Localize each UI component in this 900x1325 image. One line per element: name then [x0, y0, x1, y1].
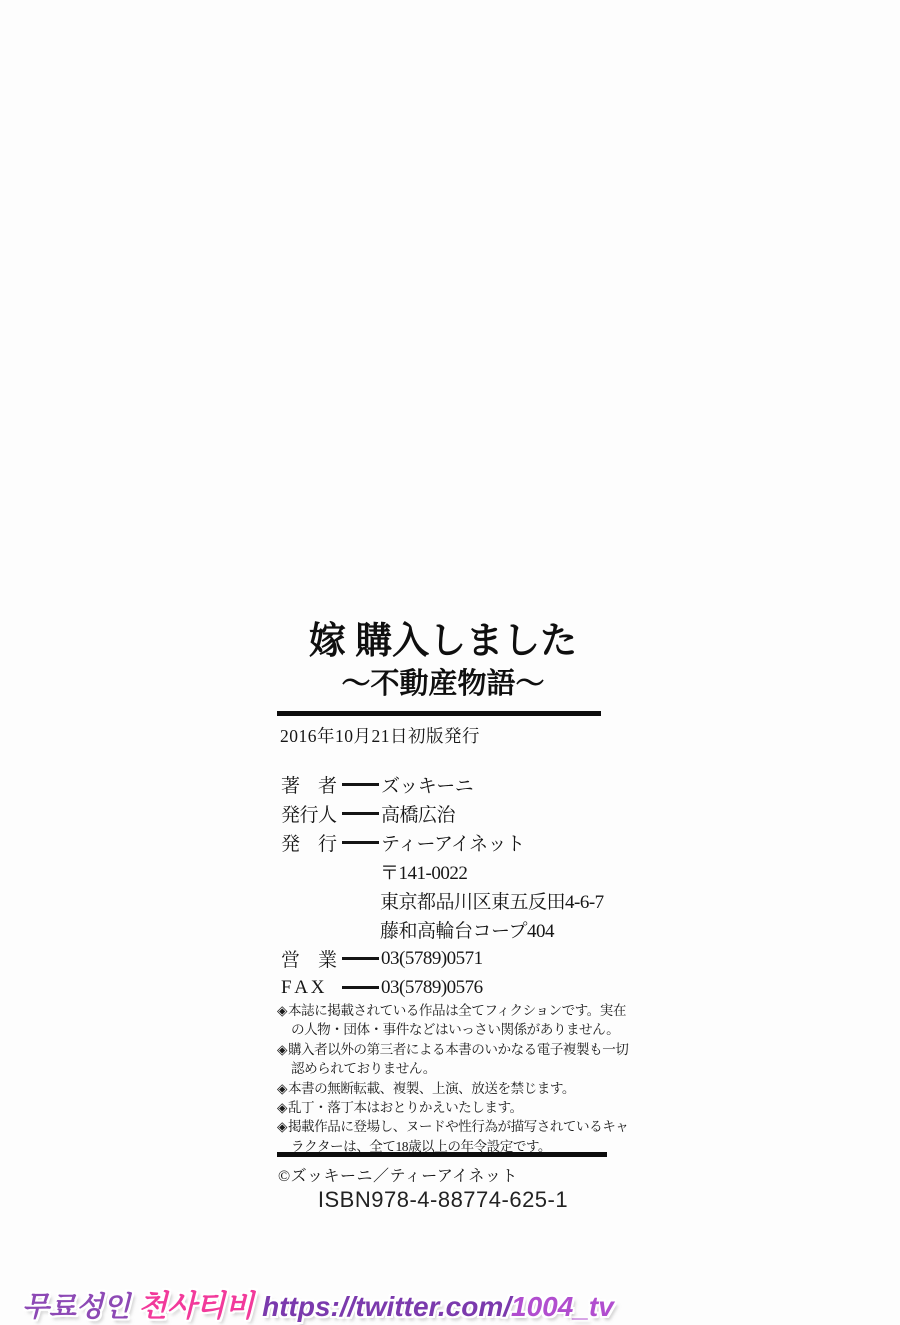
- notice-text: 本誌に掲載されている作品は全てフィクションです。実在の人物・団体・事件などはいっ…: [288, 1003, 626, 1037]
- notice-text: 乱丁・落丁本はおとりかえいたします。: [288, 1100, 523, 1115]
- row-publisher-person: 発行人 高橋広治: [281, 799, 604, 828]
- row-value: ズッキーニ: [381, 771, 473, 798]
- notice-text: 掲載作品に登場し、ヌードや性行為が描写されているキャラクターは、全て18歳以上の…: [288, 1119, 628, 1153]
- book-subtitle: ～不動産物語～: [277, 661, 609, 702]
- dash-connector: [342, 957, 379, 960]
- row-author: 著 者 ズッキーニ: [281, 770, 604, 799]
- notice-fiction-disclaimer: ◈本誌に掲載されている作品は全てフィクションです。実在の人物・団体・事件などはい…: [277, 1001, 633, 1040]
- watermark-site-name: 천사티비: [138, 1290, 254, 1323]
- watermark-url: https://twitter.com/: [262, 1291, 511, 1322]
- notice-reproduction: ◈本書の無断転載、複製、上演、放送を禁じます。: [277, 1079, 633, 1098]
- row-value: 藤和高輪台コープ404: [380, 916, 554, 943]
- notice-age-setting: ◈掲載作品に登場し、ヌードや性行為が描写されているキャラクターは、全て18歳以上…: [277, 1117, 633, 1156]
- copyright-line: ©ズッキーニ／ティーアイネット: [278, 1163, 518, 1186]
- row-label: F A X: [281, 977, 342, 999]
- diamond-bullet-icon: ◈: [277, 1042, 287, 1057]
- row-publisher-company: 発 行 ティーアイネット: [281, 828, 604, 857]
- row-value: 03(5789)0571: [381, 948, 483, 970]
- edition-date: 2016年10月21日初版発行: [280, 723, 480, 748]
- row-postal-code: 〒141-0022: [281, 857, 604, 886]
- row-value: 高橋広治: [381, 800, 455, 827]
- row-address-line1: 東京都品川区東五反田4-6-7: [281, 886, 604, 915]
- dash-connector: [342, 986, 379, 989]
- notice-text: 購入者以外の第三者による本書のいかなる電子複製も一切認められておりません。: [288, 1042, 628, 1076]
- row-label: 著 者: [281, 771, 342, 798]
- row-value: 〒141-0022: [380, 858, 467, 885]
- publication-info: 著 者 ズッキーニ 発行人 高橋広治 発 行 ティーアイネット 〒141-002…: [281, 770, 604, 1002]
- notice-defective-copies: ◈乱丁・落丁本はおとりかえいたします。: [277, 1098, 633, 1117]
- diamond-bullet-icon: ◈: [277, 1119, 287, 1134]
- dash-connector: [342, 841, 379, 844]
- divider-top: [277, 711, 601, 716]
- notice-digital-copy: ◈購入者以外の第三者による本書のいかなる電子複製も一切認められておりません。: [277, 1040, 633, 1079]
- scanned-colophon-page: 嫁 購入しました ～不動産物語～ 2016年10月21日初版発行 著 者 ズッキ…: [0, 0, 900, 1325]
- row-label: 発 行: [281, 829, 342, 856]
- dash-connector: [342, 812, 379, 815]
- watermark: 무료성인천사티비https://twitter.com/1004_tv: [22, 1281, 614, 1325]
- isbn: ISBN978-4-88774-625-1: [277, 1187, 609, 1213]
- diamond-bullet-icon: ◈: [277, 1100, 287, 1115]
- diamond-bullet-icon: ◈: [277, 1081, 287, 1096]
- dash-connector: [342, 783, 379, 786]
- row-address-line2: 藤和高輪台コープ404: [281, 915, 604, 944]
- row-fax: F A X 03(5789)0576: [281, 973, 604, 1002]
- watermark-site-category: 무료성인: [22, 1291, 130, 1322]
- diamond-bullet-icon: ◈: [277, 1003, 287, 1018]
- row-label: 発行人: [281, 800, 342, 827]
- watermark-twitter-handle: 1004_tv: [511, 1291, 614, 1322]
- row-label: 営 業: [281, 945, 342, 972]
- row-value: 03(5789)0576: [381, 977, 483, 999]
- legal-notices: ◈本誌に掲載されている作品は全てフィクションです。実在の人物・団体・事件などはい…: [277, 1001, 633, 1156]
- row-value: 東京都品川区東五反田4-6-7: [380, 887, 604, 914]
- row-sales-phone: 営 業 03(5789)0571: [281, 944, 604, 973]
- notice-text: 本書の無断転載、複製、上演、放送を禁じます。: [288, 1081, 575, 1096]
- row-value: ティーアイネット: [381, 829, 525, 856]
- divider-bottom: [277, 1152, 607, 1157]
- book-title: 嫁 購入しました: [277, 610, 609, 664]
